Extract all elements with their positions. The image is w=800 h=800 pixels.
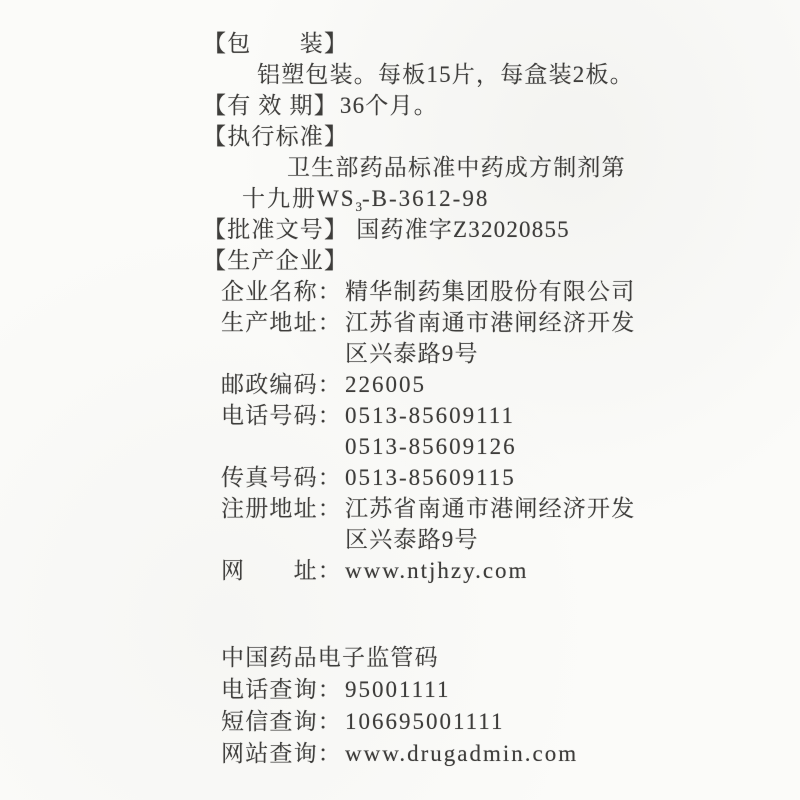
field-label: 企业名称： xyxy=(221,276,345,307)
field-value: 106695001111 xyxy=(345,709,504,734)
website-row: 网 址：www.ntjhzy.com xyxy=(0,555,635,586)
field-value: www.drugadmin.com xyxy=(345,741,578,766)
validity-header-label: 【有 效 期】 xyxy=(203,93,338,118)
approval-line: 【批准文号】国药准字Z32020855 xyxy=(0,214,635,245)
supervision-title-text: 中国药品电子监管码 xyxy=(221,645,439,670)
company-name-row: 企业名称：精华制药集团股份有限公司 xyxy=(0,276,635,307)
field-value: 95001111 xyxy=(345,677,450,702)
field-label: 电话号码： xyxy=(221,400,345,431)
standard-line1-text: 卫生部药品标准中药成方制剂第 xyxy=(287,155,626,180)
production-address-row: 生产地址：江苏省南通市港闸经济开发 xyxy=(0,307,635,338)
field-value-cont: 0513-85609126 xyxy=(345,434,517,459)
insert-text-block: 【包 装】 铝塑包装。每板15片，每盒装2板。 【有 效 期】36个月。 【执行… xyxy=(0,28,635,770)
packaging-header-label: 【包 装】 xyxy=(203,31,348,56)
field-value: 江苏省南通市港闸经济开发 xyxy=(345,310,635,335)
packaging-content-text: 铝塑包装。每板15片，每盒装2板。 xyxy=(257,62,634,87)
manufacturer-header: 【生产企业】 xyxy=(0,245,635,276)
field-value: 0513-85609111 xyxy=(345,403,515,428)
field-label: 邮政编码： xyxy=(221,369,345,400)
fax-row: 传真号码：0513-85609115 xyxy=(0,462,635,493)
standard-content-line1: 卫生部药品标准中药成方制剂第 xyxy=(0,152,635,183)
standard-code-suffix: -B-3612-98 xyxy=(362,186,489,211)
field-value-cont: 区兴泰路9号 xyxy=(345,527,479,552)
field-label: 网 址： xyxy=(221,555,345,586)
phone-row: 电话号码：0513-85609111 xyxy=(0,400,635,431)
standard-code-prefix: 十九册WS xyxy=(242,186,356,211)
field-value: 226005 xyxy=(345,372,426,397)
field-label: 生产地址： xyxy=(221,307,345,338)
production-address-row-cont: 区兴泰路9号 xyxy=(0,338,635,369)
field-label: 电话查询： xyxy=(221,674,345,706)
standard-header: 【执行标准】 xyxy=(0,121,635,152)
packaging-content: 铝塑包装。每板15片，每盒装2板。 xyxy=(0,59,635,90)
field-value-cont: 区兴泰路9号 xyxy=(345,341,479,366)
packaging-header: 【包 装】 xyxy=(0,28,635,59)
supervision-sms-row: 短信查询：106695001111 xyxy=(0,706,635,738)
field-label: 注册地址： xyxy=(221,493,345,524)
phone-row-cont: 0513-85609126 xyxy=(0,431,635,462)
registered-address-row-cont: 区兴泰路9号 xyxy=(0,524,635,555)
manufacturer-header-label: 【生产企业】 xyxy=(203,248,348,273)
field-value: 精华制药集团股份有限公司 xyxy=(345,279,635,304)
approval-number: 国药准字Z32020855 xyxy=(356,217,570,242)
postcode-row: 邮政编码：226005 xyxy=(0,369,635,400)
approval-header-label: 【批准文号】 xyxy=(203,217,348,242)
field-value: 江苏省南通市港闸经济开发 xyxy=(345,496,635,521)
registered-address-row: 注册地址：江苏省南通市港闸经济开发 xyxy=(0,493,635,524)
validity-line: 【有 效 期】36个月。 xyxy=(0,90,635,121)
field-label: 短信查询： xyxy=(221,706,345,738)
field-value: www.ntjhzy.com xyxy=(345,558,528,583)
blank-gap xyxy=(0,586,635,642)
field-label: 网站查询： xyxy=(221,738,345,770)
standard-header-label: 【执行标准】 xyxy=(203,124,348,149)
validity-value: 36个月。 xyxy=(340,93,438,118)
field-value: 0513-85609115 xyxy=(345,465,516,490)
supervision-website-row: 网站查询：www.drugadmin.com xyxy=(0,738,635,770)
field-label: 传真号码： xyxy=(221,462,345,493)
supervision-title: 中国药品电子监管码 xyxy=(0,642,635,674)
standard-content-line2: 十九册WS3-B-3612-98 xyxy=(0,183,635,214)
supervision-phone-row: 电话查询：95001111 xyxy=(0,674,635,706)
package-insert-photo: 【包 装】 铝塑包装。每板15片，每盒装2板。 【有 效 期】36个月。 【执行… xyxy=(0,0,800,800)
